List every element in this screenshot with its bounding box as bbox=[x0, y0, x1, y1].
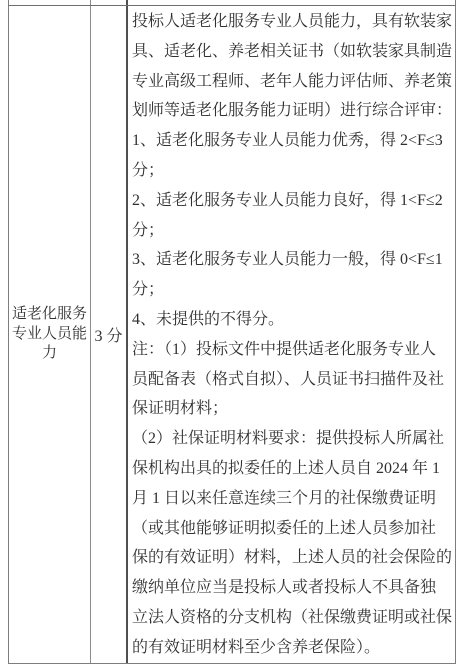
description-line: 的有效证明材料至少含养老保险）。 bbox=[132, 633, 455, 663]
description-line: 保证明材料； bbox=[132, 394, 455, 424]
criterion-line: 专业人员能 bbox=[12, 325, 87, 345]
description-line: 3、适老化服务专业人员能力一般，得 0<F≤1 bbox=[132, 245, 455, 275]
description-line: 4、未提供的不得分。 bbox=[132, 305, 455, 335]
description-line: 分； bbox=[132, 156, 455, 186]
description-line: 专业高级工程师、老年人能力评估师、养老策 bbox=[132, 67, 455, 97]
description-line: 2、适老化服务专业人员能力良好，得 1<F≤2 bbox=[132, 186, 455, 216]
criterion-line: 适老化服务 bbox=[12, 305, 87, 325]
criterion-cell: 适老化服务专业人员能力 bbox=[9, 6, 91, 663]
description-line: 注：（1）投标文件中提供适老化服务专业人 bbox=[132, 335, 455, 365]
description-line: 保机构出具的拟委任的上述人员自 2024 年 1 bbox=[132, 454, 455, 484]
description-line: 1、适老化服务专业人员能力优秀，得 2<F≤3 bbox=[132, 126, 455, 156]
evaluation-table: 适老化服务专业人员能力 3 分 投标人适老化服务专业人员能力，具有软装家具、适老… bbox=[8, 5, 456, 664]
description-line: 分； bbox=[132, 275, 455, 305]
description-line: 具、适老化、养老相关证书（如软装家具制造 bbox=[132, 37, 455, 67]
description-line: 月 1 日以来任意连续三个月的社保缴费证明 bbox=[132, 484, 455, 514]
description-line: 保的有效证明）材料，上述人员的社会保险的 bbox=[132, 543, 455, 573]
score-cell: 3 分 bbox=[91, 6, 128, 663]
criterion-line: 力 bbox=[42, 344, 57, 364]
description-line: 分； bbox=[132, 216, 455, 246]
description-line: 缴纳单位应当是投标人或者投标人不具备独 bbox=[132, 573, 455, 603]
description-line: （或其他能够证明拟委任的上述人员参加社 bbox=[132, 514, 455, 544]
description-line: 投标人适老化服务专业人员能力，具有软装家 bbox=[132, 7, 455, 37]
description-line: 立法人资格的分支机构（社保缴费证明或社保 bbox=[132, 603, 455, 633]
score-value: 3 分 bbox=[94, 323, 122, 346]
description-line: 划师等适老化服务能力证明）进行综合评审： bbox=[132, 96, 455, 126]
description-cell: 投标人适老化服务专业人员能力，具有软装家具、适老化、养老相关证书（如软装家具制造… bbox=[128, 6, 455, 663]
description-line: （2）社保证明材料要求：提供投标人所属社 bbox=[132, 424, 455, 454]
description-line: 员配备表（格式自拟）、人员证书扫描件及社 bbox=[132, 365, 455, 395]
